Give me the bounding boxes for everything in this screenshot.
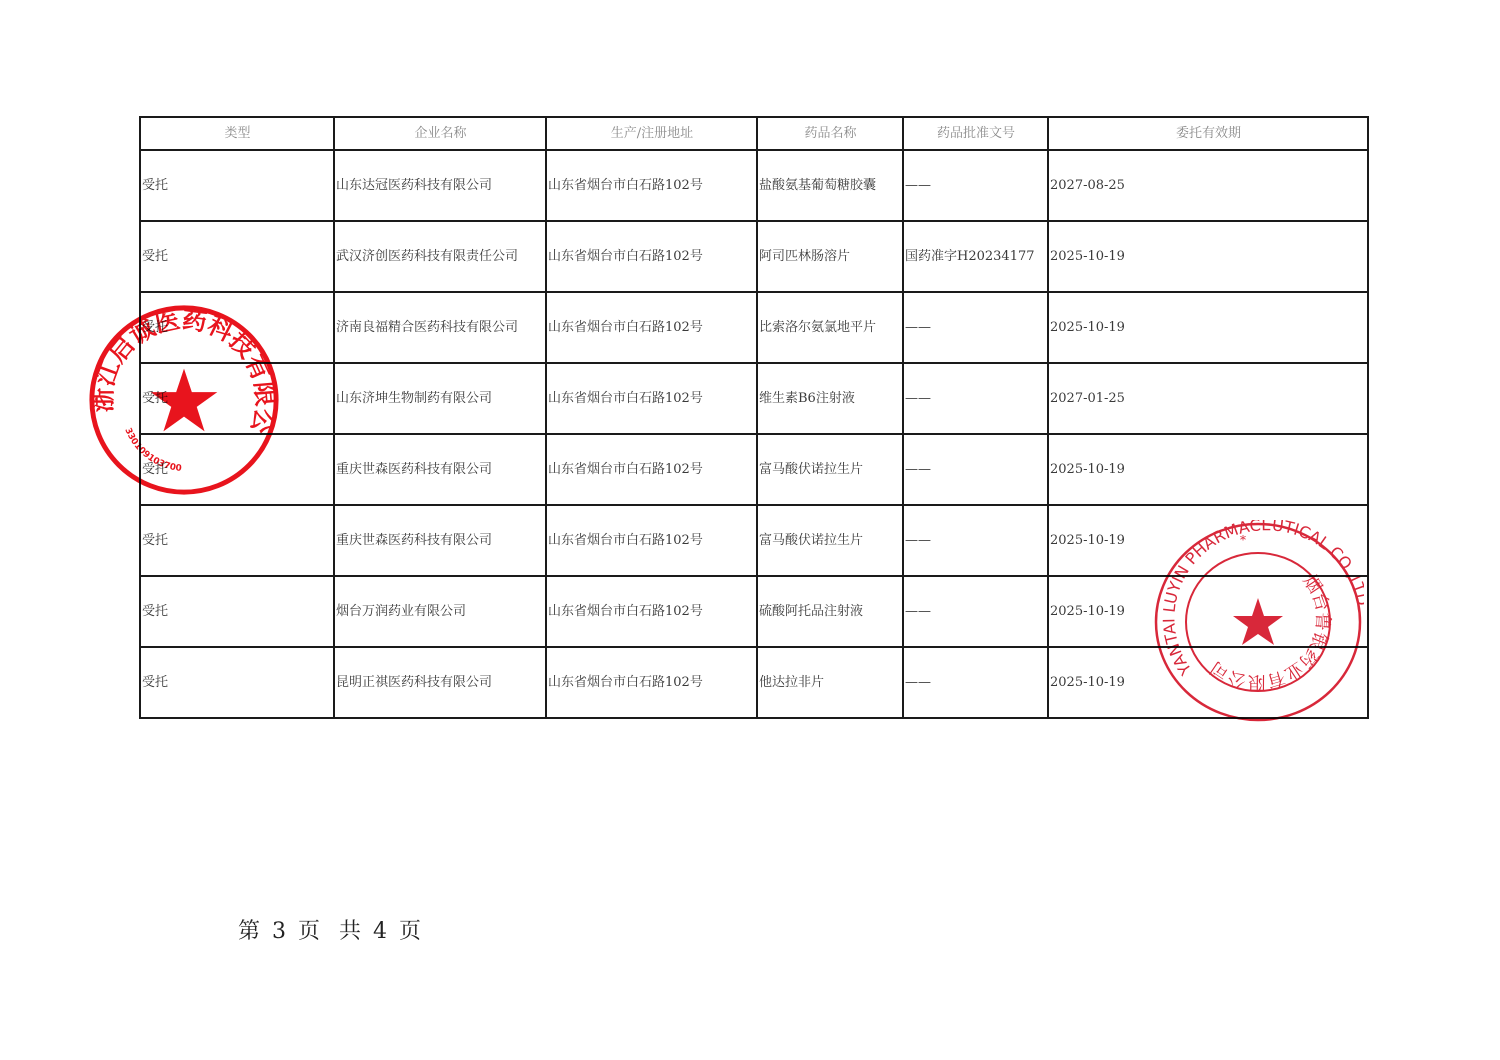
cell-drug: 富马酸伏诺拉生片 (757, 505, 903, 576)
page-mid: 页 共 (298, 919, 367, 944)
table-row: 受托济南良福精合医药科技有限公司山东省烟台市白石路102号比索洛尔氨氯地平片——… (140, 292, 1368, 363)
cell-validity: 2027-01-25 (1048, 363, 1368, 434)
header-drug: 药品名称 (757, 117, 903, 150)
cell-approval: —— (903, 647, 1048, 718)
cell-drug: 富马酸伏诺拉生片 (757, 434, 903, 505)
cell-approval: —— (903, 434, 1048, 505)
table-header-row: 类型 企业名称 生产/注册地址 药品名称 药品批准文号 委托有效期 (140, 117, 1368, 150)
cell-company: 重庆世森医药科技有限公司 (334, 505, 546, 576)
cell-address: 山东省烟台市白石路102号 (546, 505, 757, 576)
cell-approval: —— (903, 363, 1048, 434)
cell-type: 受托 (140, 576, 334, 647)
cell-drug: 他达拉非片 (757, 647, 903, 718)
cell-address: 山东省烟台市白石路102号 (546, 150, 757, 221)
cell-type: 受托 (140, 150, 334, 221)
header-approval: 药品批准文号 (903, 117, 1048, 150)
table-row: 受托昆明正祺医药科技有限公司山东省烟台市白石路102号他达拉非片——2025-1… (140, 647, 1368, 718)
cell-validity: 2025-10-19 (1048, 576, 1368, 647)
cell-company: 济南良福精合医药科技有限公司 (334, 292, 546, 363)
cell-validity: 2025-10-19 (1048, 221, 1368, 292)
cell-approval: —— (903, 292, 1048, 363)
cell-validity: 2025-10-19 (1048, 505, 1368, 576)
table-row: 受托重庆世森医药科技有限公司山东省烟台市白石路102号富马酸伏诺拉生片——202… (140, 434, 1368, 505)
table-row: 受托武汉济创医药科技有限责任公司山东省烟台市白石路102号阿司匹林肠溶片国药准字… (140, 221, 1368, 292)
table-row: 受托山东济坤生物制药有限公司山东省烟台市白石路102号维生素B6注射液——202… (140, 363, 1368, 434)
cell-company: 昆明正祺医药科技有限公司 (334, 647, 546, 718)
header-address: 生产/注册地址 (546, 117, 757, 150)
cell-address: 山东省烟台市白石路102号 (546, 221, 757, 292)
table-row: 受托重庆世森医药科技有限公司山东省烟台市白石路102号富马酸伏诺拉生片——202… (140, 505, 1368, 576)
cell-type: 受托 (140, 292, 334, 363)
page-number: 第3页 共4页 (238, 914, 433, 945)
cell-company: 烟台万润药业有限公司 (334, 576, 546, 647)
cell-company: 山东济坤生物制药有限公司 (334, 363, 546, 434)
cell-address: 山东省烟台市白石路102号 (546, 647, 757, 718)
cell-address: 山东省烟台市白石路102号 (546, 363, 757, 434)
page-prefix: 第 (238, 919, 266, 944)
page-suffix: 页 (399, 919, 427, 944)
cell-drug: 硫酸阿托品注射液 (757, 576, 903, 647)
cell-type: 受托 (140, 363, 334, 434)
entrustment-table: 类型 企业名称 生产/注册地址 药品名称 药品批准文号 委托有效期 受托山东达冠… (139, 116, 1369, 719)
cell-drug: 盐酸氨基葡萄糖胶囊 (757, 150, 903, 221)
table-row: 受托山东达冠医药科技有限公司山东省烟台市白石路102号盐酸氨基葡萄糖胶囊——20… (140, 150, 1368, 221)
cell-type: 受托 (140, 434, 334, 505)
cell-drug: 维生素B6注射液 (757, 363, 903, 434)
document-page: 类型 企业名称 生产/注册地址 药品名称 药品批准文号 委托有效期 受托山东达冠… (0, 0, 1500, 1060)
cell-company: 重庆世森医药科技有限公司 (334, 434, 546, 505)
cell-company: 山东达冠医药科技有限公司 (334, 150, 546, 221)
cell-validity: 2025-10-19 (1048, 292, 1368, 363)
cell-address: 山东省烟台市白石路102号 (546, 576, 757, 647)
cell-type: 受托 (140, 221, 334, 292)
cell-drug: 阿司匹林肠溶片 (757, 221, 903, 292)
cell-type: 受托 (140, 505, 334, 576)
cell-company: 武汉济创医药科技有限责任公司 (334, 221, 546, 292)
header-validity: 委托有效期 (1048, 117, 1368, 150)
table-row: 受托烟台万润药业有限公司山东省烟台市白石路102号硫酸阿托品注射液——2025-… (140, 576, 1368, 647)
current-page: 3 (272, 919, 292, 944)
cell-validity: 2027-08-25 (1048, 150, 1368, 221)
total-pages: 4 (373, 919, 393, 944)
cell-validity: 2025-10-19 (1048, 434, 1368, 505)
cell-type: 受托 (140, 647, 334, 718)
cell-validity: 2025-10-19 (1048, 647, 1368, 718)
cell-approval: —— (903, 505, 1048, 576)
cell-drug: 比索洛尔氨氯地平片 (757, 292, 903, 363)
cell-approval: —— (903, 150, 1048, 221)
header-company: 企业名称 (334, 117, 546, 150)
cell-address: 山东省烟台市白石路102号 (546, 434, 757, 505)
header-type: 类型 (140, 117, 334, 150)
cell-approval: —— (903, 576, 1048, 647)
cell-approval: 国药准字H20234177 (903, 221, 1048, 292)
cell-address: 山东省烟台市白石路102号 (546, 292, 757, 363)
